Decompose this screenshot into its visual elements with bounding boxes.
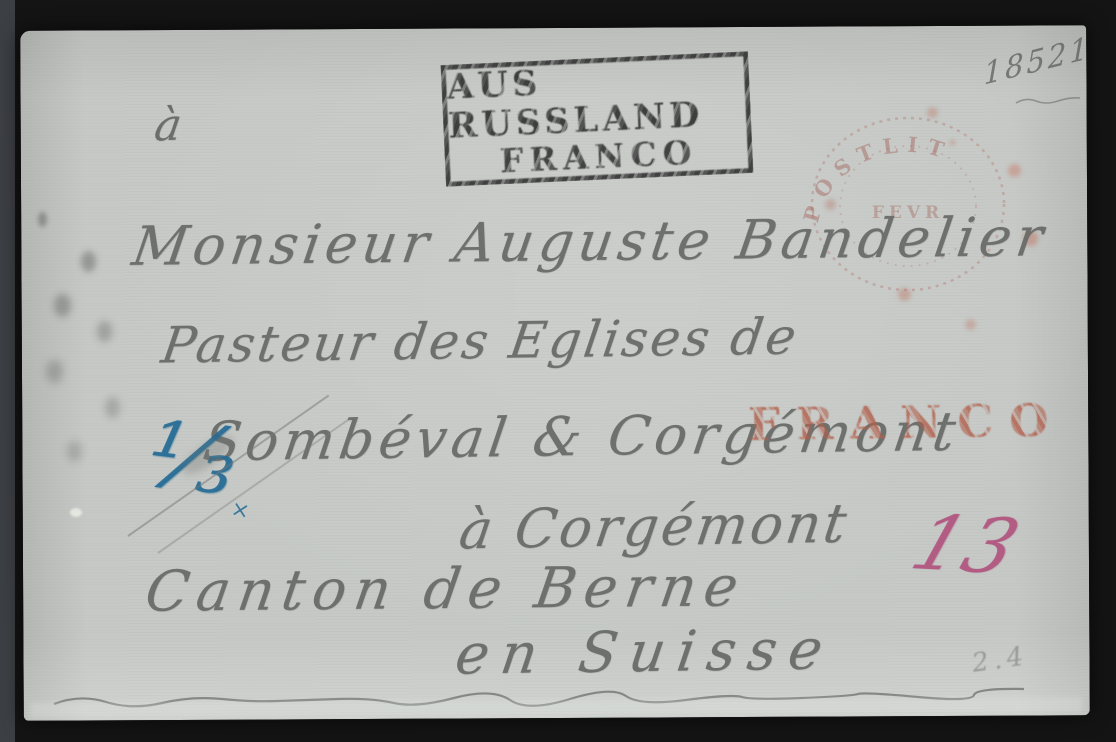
- red-ink-speckles: [950, 140, 955, 145]
- address-line-1: Monsieur Auguste Bandelier: [128, 205, 1052, 278]
- scanned-postal-cover: AUS RUSSLAND FRANCO POSTLIT FEVR 18521 à…: [0, 0, 1116, 742]
- boxed-stamp-line2: FRANCO: [499, 135, 698, 180]
- faint-transit-postmark-smudge: [38, 212, 47, 227]
- boxed-stamp-line1: AUS RUSSLAND: [446, 56, 747, 146]
- address-line-4: à Corgémont: [456, 492, 854, 562]
- franco-straightline-stamp: FRANCO: [748, 394, 1065, 451]
- scan-edge-strip: [0, 0, 15, 742]
- address-line-2: Pasteur des Eglises de: [158, 307, 803, 374]
- address-line-5: Canton de Berne: [141, 554, 750, 624]
- paper-fleck: [70, 508, 82, 517]
- pencil-squiggle: [1014, 92, 1086, 108]
- aus-russland-franco-boxed-stamp: AUS RUSSLAND FRANCO: [440, 51, 753, 187]
